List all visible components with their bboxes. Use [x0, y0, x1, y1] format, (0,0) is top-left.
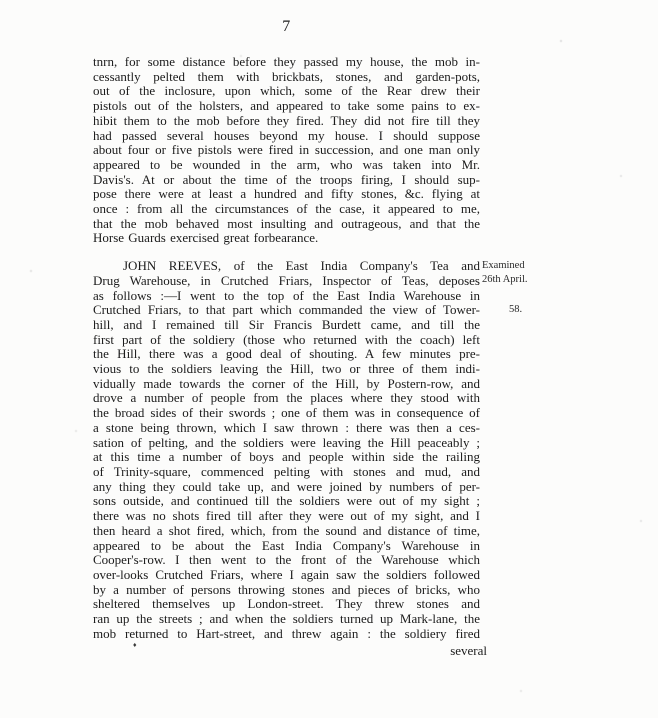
text-line: Drug Warehouse, in Crutched Friars, Insp…	[93, 274, 480, 289]
text-line: tnrn, for some distance before they pass…	[93, 55, 480, 70]
margin-note-line-2: 26th April.	[482, 273, 552, 287]
text-line: Horse Guards exercised great forbearance…	[93, 231, 480, 246]
text-line: hibit them to the mob before they fired.…	[93, 114, 480, 129]
margin-note: Examined 26th April. 58.	[482, 259, 552, 317]
text-line: there was no shots fired till after they…	[93, 509, 480, 524]
text-line: over-looks Crutched Friars, where I agai…	[93, 568, 480, 583]
text-line: sation of pelting, and the soldiers were…	[93, 436, 480, 451]
text-line: hill, and I remained till Sir Francis Bu…	[93, 318, 480, 333]
text-line: JOHN REEVES, of the East India Company's…	[93, 259, 480, 274]
text-line: pose there were at least a hundred and f…	[93, 187, 480, 202]
text-line: ran up the streets ; and when the soldie…	[93, 612, 480, 627]
text-line: any thing they could take up, and were j…	[93, 480, 480, 495]
text-line: that the mob behaved most insulting and …	[93, 217, 480, 232]
text-line: a stone being thrown, which I saw thrown…	[93, 421, 480, 436]
document-page: 7 tnrn, for some distance before they pa…	[0, 0, 658, 718]
text-line: cessantly pelted them with brickbats, st…	[93, 70, 480, 85]
text-line: Cooper's-row. I then went to the front o…	[93, 553, 480, 568]
text-line: had passed several houses beyond my hous…	[93, 129, 480, 144]
text-line: appeared to be wounded in the arm, who w…	[93, 158, 480, 173]
text-line: Davis's. At or about the time of the tro…	[93, 173, 480, 188]
text-line: mob returned to Hart-street, and threw a…	[93, 627, 480, 642]
page-number: 7	[93, 18, 480, 36]
paragraph: tnrn, for some distance before they pass…	[93, 55, 480, 246]
catchword: several	[93, 643, 487, 659]
paragraph: JOHN REEVES, of the East India Company's…	[93, 259, 480, 641]
text-block: tnrn, for some distance before they pass…	[93, 55, 480, 641]
text-line: once : from all the circumstances of the…	[93, 202, 480, 217]
margin-note-number: 58.	[482, 303, 552, 317]
text-line: appeared to be about the East India Comp…	[93, 539, 480, 554]
printer-mark: ♦	[133, 641, 137, 649]
text-line: as follows :—I went to the top of the Ea…	[93, 289, 480, 304]
text-line: first part of the soldiery (those who re…	[93, 333, 480, 348]
text-line: vious to the soldiers leaving the Hill, …	[93, 362, 480, 377]
text-line: pistols out of the holsters, and appeare…	[93, 99, 480, 114]
text-line: by a number of persons throwing stones a…	[93, 583, 480, 598]
text-line: vidually made towards the corner of the …	[93, 377, 480, 392]
text-line: drove a number of people from the places…	[93, 391, 480, 406]
text-line: Crutched Friars, to that part which comm…	[93, 303, 480, 318]
text-line: about four or five pistols were fired in…	[93, 143, 480, 158]
text-line: out of the inclosure, upon which, some o…	[93, 84, 480, 99]
text-line: of Trinity-square, commenced pelting wit…	[93, 465, 480, 480]
scan-noise	[0, 0, 2, 2]
text-line: then heard a shot fired, which, from the…	[93, 524, 480, 539]
text-line: the Hill, there was a good deal of shout…	[93, 347, 480, 362]
margin-note-line-1: Examined	[482, 259, 552, 273]
text-line: at this time a number of boys and people…	[93, 450, 480, 465]
text-line: sheltered themselves up London-street. T…	[93, 597, 480, 612]
text-line: sons outside, and continued till the sol…	[93, 494, 480, 509]
text-line: the broad sides of their swords ; one of…	[93, 406, 480, 421]
